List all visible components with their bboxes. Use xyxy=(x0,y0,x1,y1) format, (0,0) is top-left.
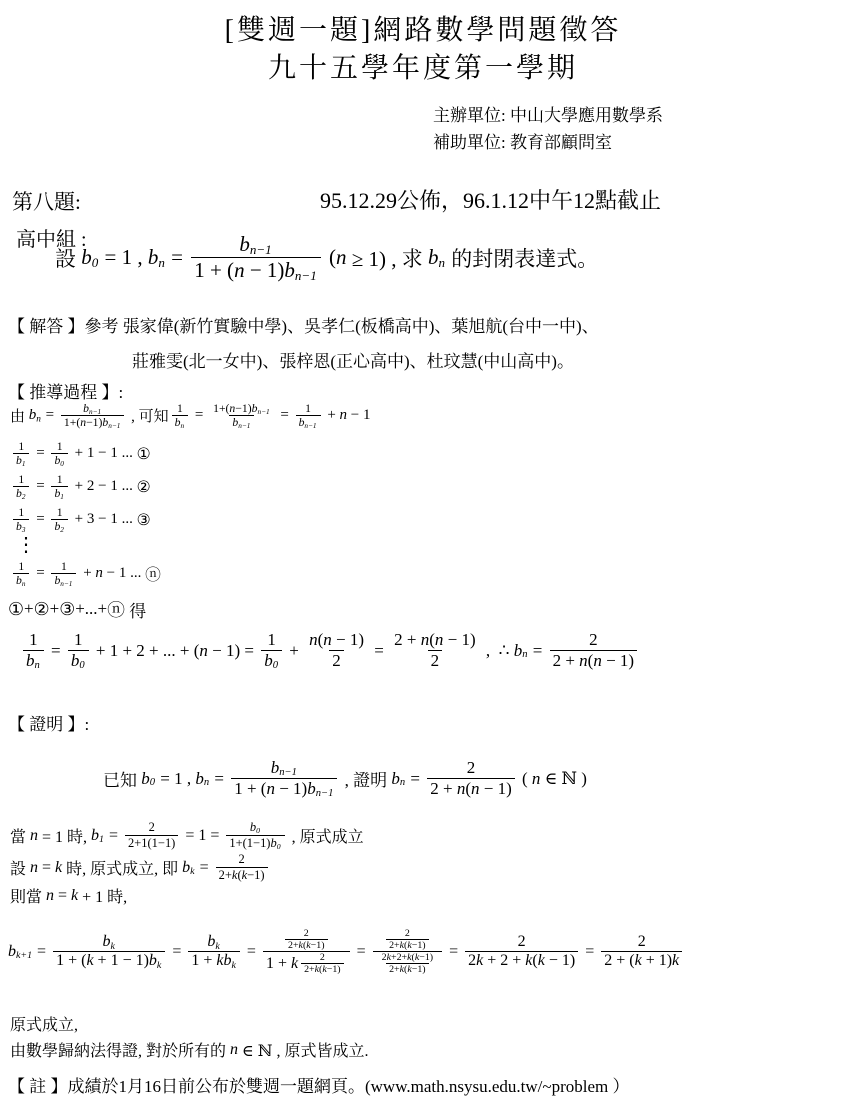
fraction-denominator: bn xyxy=(13,573,29,587)
math-segment: 2+ xyxy=(389,964,400,975)
math-segment: + 1) xyxy=(642,952,672,970)
math-segment: n xyxy=(435,630,444,650)
fraction-numerator: 2 xyxy=(317,952,328,963)
math-segment: = xyxy=(42,407,58,424)
fraction-numerator: 1 xyxy=(71,630,86,650)
math-segment: n−1 xyxy=(238,421,250,429)
math-segment: − 1 ... xyxy=(103,565,145,582)
fraction-numerator: 1 xyxy=(15,506,27,519)
math-segment: , 證明 xyxy=(340,766,391,791)
math-segment: 1+( xyxy=(64,416,80,429)
math-segment: ∈ ℕ , 原式皆成立. xyxy=(238,1038,368,1061)
math-segment: = 1 , xyxy=(156,769,195,789)
math-segment: ② xyxy=(137,477,151,496)
math-segment: 2 xyxy=(22,492,26,500)
math-segment: −1) xyxy=(235,402,251,415)
fraction: 1bn xyxy=(172,402,188,429)
math-segment: 2 xyxy=(589,630,598,650)
math-segment: n xyxy=(181,421,185,429)
induction-step-equation: bk+1 = bk1 + (k + 1 − 1)bk = bk1 + kbk =… xyxy=(8,928,685,975)
math-segment: k+1 xyxy=(16,950,32,961)
math-segment: = xyxy=(528,641,546,661)
fraction-numerator: 2 + n(n − 1) xyxy=(391,630,479,650)
math-segment: 2 xyxy=(304,928,309,939)
math-segment: 2+ xyxy=(304,964,315,975)
fraction-numerator: 2k+2+k(k−1) xyxy=(379,952,436,963)
math-segment: b xyxy=(207,933,215,951)
math-segment: = xyxy=(353,943,370,961)
fraction-denominator: 2+k(k−1) xyxy=(301,963,344,975)
fraction: 1b2 xyxy=(51,506,67,533)
math-segment: 2 xyxy=(431,651,440,671)
math-segment: − 1) xyxy=(479,779,511,799)
math-segment: 0 xyxy=(277,842,281,851)
induction-conclusion-line: 由數學歸納法得證, 對於所有的 n ∈ ℕ , 原式皆成立. xyxy=(10,1038,369,1061)
math-segment: 1 xyxy=(57,473,63,486)
fraction: 22 + (k + 1)k xyxy=(601,933,682,970)
math-segment: n−1 xyxy=(89,407,101,415)
proof-given-statement: 已知 b0 = 1 , bn = bn−11 + (n − 1)bn−1 , 證… xyxy=(103,758,587,799)
fraction-numerator: bn−1 xyxy=(80,402,105,415)
math-segment: + 2 − 1 ... xyxy=(71,478,137,495)
fraction-denominator: b2 xyxy=(51,519,67,533)
fraction-denominator: bn xyxy=(172,415,188,429)
fraction: bk1 + kbk xyxy=(188,933,240,970)
math-segment: ≥ 1) , 求 xyxy=(346,243,428,273)
vertical-ellipsis: ⋮ xyxy=(16,532,36,557)
fraction-numerator: 1 xyxy=(58,560,70,573)
math-segment: 2 xyxy=(149,820,155,835)
math-segment: − 1) xyxy=(602,651,634,671)
fraction-denominator: 1 + (n − 1)bn−1 xyxy=(231,778,337,799)
fraction: 1b3 xyxy=(13,506,29,533)
math-segment: b xyxy=(29,407,37,424)
math-segment: + 1 − 1 ... xyxy=(71,445,137,462)
sponsor-organization: 補助單位: 教育部顧問室 xyxy=(433,128,612,153)
math-segment: n xyxy=(579,651,588,671)
math-segment: = xyxy=(370,641,388,661)
math-segment: = xyxy=(38,859,55,877)
math-segment: b xyxy=(141,769,150,789)
math-segment: 2 xyxy=(467,758,476,778)
math-segment: +2+ xyxy=(391,952,407,963)
fraction-numerator: bk xyxy=(100,933,119,951)
fraction: 1b0 xyxy=(68,630,89,671)
math-segment: 2 + xyxy=(430,779,457,799)
fraction-denominator: b0 xyxy=(51,453,67,467)
math-segment: + 1 − 1) xyxy=(94,952,149,970)
fraction-numerator: 1 xyxy=(26,630,41,650)
math-segment: n xyxy=(323,630,332,650)
math-segment: 1 xyxy=(60,492,64,500)
fraction-denominator: 2 + (k + 1)k xyxy=(601,951,682,970)
fraction-denominator: 2 + n(n − 1) xyxy=(550,650,638,671)
math-segment: b xyxy=(91,827,99,845)
math-segment: n xyxy=(336,245,347,270)
math-segment: n xyxy=(36,414,41,424)
fraction-denominator: 1+(n−1)bn−1 xyxy=(61,415,125,429)
fraction-numerator: 1 xyxy=(15,473,27,486)
math-segment: b xyxy=(239,232,250,257)
math-segment: + 1 時, xyxy=(78,884,127,907)
math-segment: b xyxy=(8,943,16,961)
math-segment: 2 + ( xyxy=(604,952,634,970)
fraction-numerator: 22+k(k−1) xyxy=(279,928,334,951)
math-segment: n xyxy=(593,651,602,671)
math-segment: b xyxy=(391,769,400,789)
math-segment: 0 xyxy=(150,777,155,788)
math-segment: 時, 原式成立, 即 xyxy=(62,856,182,879)
fraction: 1+(n−1)bn−1bn−1 xyxy=(210,402,274,429)
math-segment: = xyxy=(32,478,48,495)
math-segment: n xyxy=(95,565,103,582)
math-segment: 的封閉表達式。 xyxy=(446,243,598,273)
telescoping-result-equation: 1bn = 1b0 + 1 + 2 + ... + (n − 1) = 1b0 … xyxy=(20,630,640,671)
math-segment: + 2 + xyxy=(483,952,525,970)
math-segment: = xyxy=(406,769,424,789)
host-organization: 主辦單位: 中山大學應用數學系 xyxy=(433,101,663,126)
fraction: 22 + n(n − 1) xyxy=(550,630,638,671)
math-segment: +...+ xyxy=(75,599,107,619)
math-segment: = 1 = xyxy=(181,827,223,845)
math-segment: b xyxy=(195,769,204,789)
math-segment: k xyxy=(190,866,194,877)
math-segment: n xyxy=(266,779,275,799)
math-segment: n xyxy=(22,579,26,587)
fraction-numerator: 2 xyxy=(146,820,158,835)
fraction-denominator: b2 xyxy=(13,486,29,500)
fraction: bn−11 + (n − 1)bn−1 xyxy=(191,232,321,283)
math-segment: = xyxy=(277,407,293,424)
math-segment: 2 xyxy=(468,952,476,970)
fraction-denominator: 2k + 2 + k(k − 1) xyxy=(465,951,578,970)
math-segment: n xyxy=(230,1041,238,1059)
fraction: 1b0 xyxy=(261,630,282,671)
math-segment: k xyxy=(635,952,642,970)
fraction-denominator: 1 + kbk xyxy=(188,951,240,970)
math-segment: 1 + ( xyxy=(194,258,234,283)
math-segment: 2 xyxy=(238,852,244,867)
math-segment: 1+(1−1) xyxy=(229,836,270,851)
math-segment: = xyxy=(445,943,462,961)
math-segment: − 1) = xyxy=(208,641,258,661)
fraction-numerator: 1 xyxy=(15,440,27,453)
math-segment: k xyxy=(525,952,532,970)
publish-deadline-text: 95.12.29公佈，96.1.12中午12點截止 xyxy=(320,184,661,215)
fraction-denominator: 2+k(k−1) xyxy=(386,939,429,951)
math-segment: 0 xyxy=(92,254,99,270)
fraction-numerator: bn−1 xyxy=(236,232,275,257)
fraction-numerator: 1 xyxy=(302,402,314,415)
math-segment: b xyxy=(224,952,232,970)
math-segment: k xyxy=(111,940,115,951)
derivation-section-label: 【 推導過程 】: xyxy=(8,378,123,403)
math-segment: n−1 xyxy=(108,421,120,429)
math-segment: b xyxy=(307,779,316,799)
fraction-numerator: 1 xyxy=(174,402,186,415)
math-segment: b xyxy=(284,258,295,283)
math-segment: + xyxy=(285,641,303,661)
math-segment: 已知 xyxy=(103,766,141,791)
math-segment: + 1 + 2 + ... + ( xyxy=(92,641,200,661)
math-segment: 1 xyxy=(61,560,67,573)
solution-credits-line1: 【 解答 】參考 張家偉(新竹實驗中學)、吳孝仁(板橋高中)、葉旭航(台中一中)… xyxy=(8,312,599,337)
proof-section-label: 【 證明 】: xyxy=(8,710,89,735)
fraction: 22k + 2 + k(k − 1) xyxy=(465,933,578,970)
fraction: 22+k(k−1) xyxy=(301,952,344,975)
fraction-denominator: 2+1(1−1) xyxy=(125,835,178,851)
fraction-numerator: 1 xyxy=(15,560,27,573)
math-segment: 1 xyxy=(18,473,24,486)
math-segment: ⓝ xyxy=(107,596,125,622)
math-segment: 1 xyxy=(29,630,38,650)
math-segment: = xyxy=(581,943,598,961)
fraction-denominator: 2 xyxy=(428,650,443,671)
fraction-numerator: 1 xyxy=(54,440,66,453)
math-segment: 1 xyxy=(267,630,276,650)
math-segment: n xyxy=(309,630,318,650)
math-segment: n xyxy=(421,630,430,650)
math-segment: 1+( xyxy=(213,402,229,415)
fraction: bk1 + (k + 1 − 1)bk xyxy=(53,933,165,970)
math-segment: n−1 xyxy=(304,421,316,429)
math-segment: = 1 時, xyxy=(38,824,91,847)
fraction-denominator: 2k+2+k(k−1)2+k(k−1) xyxy=(373,951,442,975)
conclusion-holds-line: 原式成立, xyxy=(10,1012,78,1035)
math-segment: 2 xyxy=(332,651,341,671)
math-segment: k xyxy=(157,959,161,970)
math-segment: ③ xyxy=(137,510,151,529)
fraction: b01+(1−1)b0 xyxy=(226,820,284,851)
math-segment: 0 xyxy=(60,459,64,467)
math-segment: = xyxy=(54,887,71,905)
math-segment: 則當 xyxy=(10,884,46,907)
math-segment: ∈ ℕ ) xyxy=(540,769,587,789)
fraction-numerator: 2 xyxy=(464,758,479,778)
math-segment: 2 + xyxy=(394,630,421,650)
document-page: [雙週一題]網路數學問題徵答 九十五學年度第一學期 主辦單位: 中山大學應用數學… xyxy=(0,0,846,1112)
fraction: 1b2 xyxy=(13,473,29,500)
math-segment: = xyxy=(168,943,185,961)
fraction: n(n − 1)2 xyxy=(306,630,367,671)
math-segment: n−1 xyxy=(295,267,317,283)
math-segment: − 1) xyxy=(275,779,307,799)
math-segment: n xyxy=(340,407,348,424)
fraction-numerator: 2 xyxy=(301,928,312,939)
solution-credits-line2: 莊雅雯(北一女中)、張梓恩(正心高中)、杜玟慧(中山高中)。 xyxy=(132,347,574,372)
derivation-line-n: 1bn = 1bn−1 + n − 1 ... ⓝ xyxy=(10,560,161,587)
math-segment: n xyxy=(158,254,165,270)
math-segment: n xyxy=(35,660,40,671)
math-segment: n xyxy=(30,859,38,877)
fraction-numerator: 2 xyxy=(235,852,247,867)
fraction: 1b0 xyxy=(51,440,67,467)
math-segment: 0 xyxy=(79,660,84,671)
fraction: 1bn xyxy=(13,560,29,587)
math-segment: 當 xyxy=(10,824,30,847)
math-segment: n−1 xyxy=(316,788,334,799)
math-segment: = xyxy=(210,769,228,789)
fraction: bn−11 + (n − 1)bn−1 xyxy=(231,758,337,799)
math-segment: , 可知 xyxy=(127,405,168,426)
fraction-denominator: b0 xyxy=(261,650,282,671)
fraction-denominator: 1 + k22+k(k−1) xyxy=(263,951,350,975)
math-segment: n xyxy=(400,777,405,788)
fraction-denominator: 2 xyxy=(329,650,344,671)
fraction-denominator: bn−1 xyxy=(229,415,254,429)
math-segment: k xyxy=(476,952,483,970)
math-segment: = xyxy=(32,565,48,582)
fraction: 22+k(k−1)2k+2+k(k−1)2+k(k−1) xyxy=(373,928,442,975)
math-segment: 1 + xyxy=(266,955,291,973)
fraction-denominator: 2+k(k−1) xyxy=(216,867,268,883)
derivation-line-1: 由 bn = bn−11+(n−1)bn−1 , 可知1bn = 1+(n−1)… xyxy=(10,402,371,429)
fraction-denominator: bn−1 xyxy=(51,573,76,587)
fraction-denominator: 2 + n(n − 1) xyxy=(427,778,515,799)
fraction: 22 + n(n − 1) xyxy=(427,758,515,799)
math-segment: ( xyxy=(518,769,532,789)
fraction-numerator: bk xyxy=(204,933,223,951)
math-segment: 0 xyxy=(256,826,260,835)
math-segment: n xyxy=(439,254,446,270)
math-segment: b xyxy=(81,245,92,270)
math-segment: n xyxy=(457,779,466,799)
math-segment: ( xyxy=(324,245,336,270)
math-segment: − 1) xyxy=(545,952,575,970)
math-segment: 設 xyxy=(10,856,30,879)
math-segment: n−1 xyxy=(60,579,72,587)
math-segment: 2 xyxy=(60,525,64,533)
fraction: 22+1(1−1) xyxy=(125,820,178,851)
fraction-denominator: 1 + (n − 1)bn−1 xyxy=(191,257,321,283)
math-segment: + 3 − 1 ... xyxy=(71,511,137,528)
fraction: 2 + n(n − 1)2 xyxy=(391,630,479,671)
math-segment: = xyxy=(32,511,48,528)
math-segment: b xyxy=(264,651,273,671)
math-segment: k xyxy=(86,952,93,970)
math-segment: −1) xyxy=(412,940,426,951)
derivation-line-3: 1b2 = 1b1 + 2 − 1 ... ② xyxy=(10,473,151,500)
math-segment: , 原式成立 xyxy=(288,824,364,847)
fraction-numerator: 22+k(k−1) xyxy=(380,928,435,951)
math-segment: ② xyxy=(34,599,50,620)
fraction: 1b1 xyxy=(13,440,29,467)
proof-induction-hypothesis: 設 n = k 時, 原式成立, 即 bk = 22+k(k−1) xyxy=(10,852,271,883)
math-segment: k xyxy=(216,952,223,970)
math-segment: 2 + xyxy=(553,651,580,671)
math-segment: k xyxy=(232,959,236,970)
math-segment: = xyxy=(166,245,188,270)
math-segment: −1) xyxy=(412,964,426,975)
math-segment: + xyxy=(24,599,34,619)
math-segment: k xyxy=(538,952,545,970)
fraction: 2k+2+k(k−1)2+k(k−1) xyxy=(379,952,436,975)
math-segment: 2+ xyxy=(219,868,232,883)
math-segment: 設 xyxy=(55,243,81,273)
math-segment: b xyxy=(271,758,280,778)
fraction-numerator: 2 xyxy=(515,933,529,951)
math-segment: 0 xyxy=(273,660,278,671)
doc-title-line1: [雙週一題]網路數學問題徵答 xyxy=(0,8,846,48)
fraction-denominator: b0 xyxy=(68,650,89,671)
fraction: 1bn−1 xyxy=(296,402,321,429)
math-segment: 1 + ( xyxy=(56,952,86,970)
math-segment: k xyxy=(672,952,679,970)
fraction-numerator: 1 xyxy=(264,630,279,650)
math-segment: 2 xyxy=(638,933,646,951)
math-segment: n−1 xyxy=(250,241,272,257)
doc-title-line2: 九十五學年度第一學期 xyxy=(0,46,846,86)
math-segment: n xyxy=(532,769,541,789)
math-segment: − 1) xyxy=(443,630,475,650)
math-segment: ③ xyxy=(59,599,75,620)
math-segment: 1 xyxy=(305,402,311,415)
math-segment: = xyxy=(47,641,65,661)
fraction-numerator: 1 xyxy=(54,473,66,486)
math-segment: + xyxy=(79,565,95,582)
fraction: 22+k(k−1) xyxy=(216,852,268,883)
math-segment: 1 xyxy=(18,506,24,519)
results-note-line: 【 註 】成績於1月16日前公布於雙週一題網頁。(www.math.nsysu.… xyxy=(8,1072,629,1097)
math-segment: 1 xyxy=(177,402,183,415)
math-segment: b xyxy=(26,651,35,671)
math-segment: k xyxy=(55,859,62,877)
fraction: bn−11+(n−1)bn−1 xyxy=(61,402,125,429)
fraction-numerator: 2 xyxy=(402,928,413,939)
math-segment: 2+ xyxy=(288,940,299,951)
fraction-denominator: 2+k(k−1) xyxy=(386,963,429,975)
math-segment: = xyxy=(32,445,48,462)
math-segment: 1 xyxy=(57,440,63,453)
math-segment: 2 xyxy=(320,952,325,963)
math-segment: n xyxy=(204,777,209,788)
math-segment: 1 xyxy=(18,440,24,453)
math-segment: b xyxy=(182,859,190,877)
fraction-numerator: bn−1 xyxy=(268,758,301,778)
math-segment: = 1 , xyxy=(99,245,148,270)
fraction-denominator: 2+k(k−1) xyxy=(285,939,328,951)
math-segment: b xyxy=(103,933,111,951)
fraction-denominator: b3 xyxy=(13,519,29,533)
math-segment: b xyxy=(514,641,523,661)
fraction: 22+k(k−1)1 + k22+k(k−1) xyxy=(263,928,350,975)
math-segment: n xyxy=(471,779,480,799)
math-segment: 2+1(1−1) xyxy=(128,836,175,851)
proof-induction-step-intro: 則當 n = k + 1 時, xyxy=(10,884,127,907)
math-segment: − 1 xyxy=(347,407,370,424)
math-segment: k xyxy=(291,955,298,973)
math-segment: n xyxy=(30,827,38,845)
math-segment: 2 xyxy=(518,933,526,951)
math-segment: 2 xyxy=(405,928,410,939)
math-segment: 得 xyxy=(125,597,146,622)
math-segment: 1 xyxy=(18,560,24,573)
math-segment: 由 xyxy=(10,405,29,426)
math-segment: 1 + ( xyxy=(234,779,266,799)
equation-sum-line: ①+②+③+...+ⓝ 得 xyxy=(8,596,146,622)
math-segment: + xyxy=(50,599,60,619)
math-segment: −1) xyxy=(327,964,341,975)
math-segment: n xyxy=(199,641,208,661)
fraction-denominator: bn xyxy=(23,650,44,671)
fraction: 1bn xyxy=(23,630,44,671)
math-segment: , ∴ xyxy=(482,641,514,661)
math-segment: ⓝ xyxy=(145,562,161,585)
problem-statement-equation: 設 b0 = 1 , bn = bn−11 + (n − 1)bn−1 (n ≥… xyxy=(55,232,598,283)
math-segment: n−1 xyxy=(279,767,297,778)
math-segment: b xyxy=(149,952,157,970)
math-segment: k xyxy=(215,940,219,951)
